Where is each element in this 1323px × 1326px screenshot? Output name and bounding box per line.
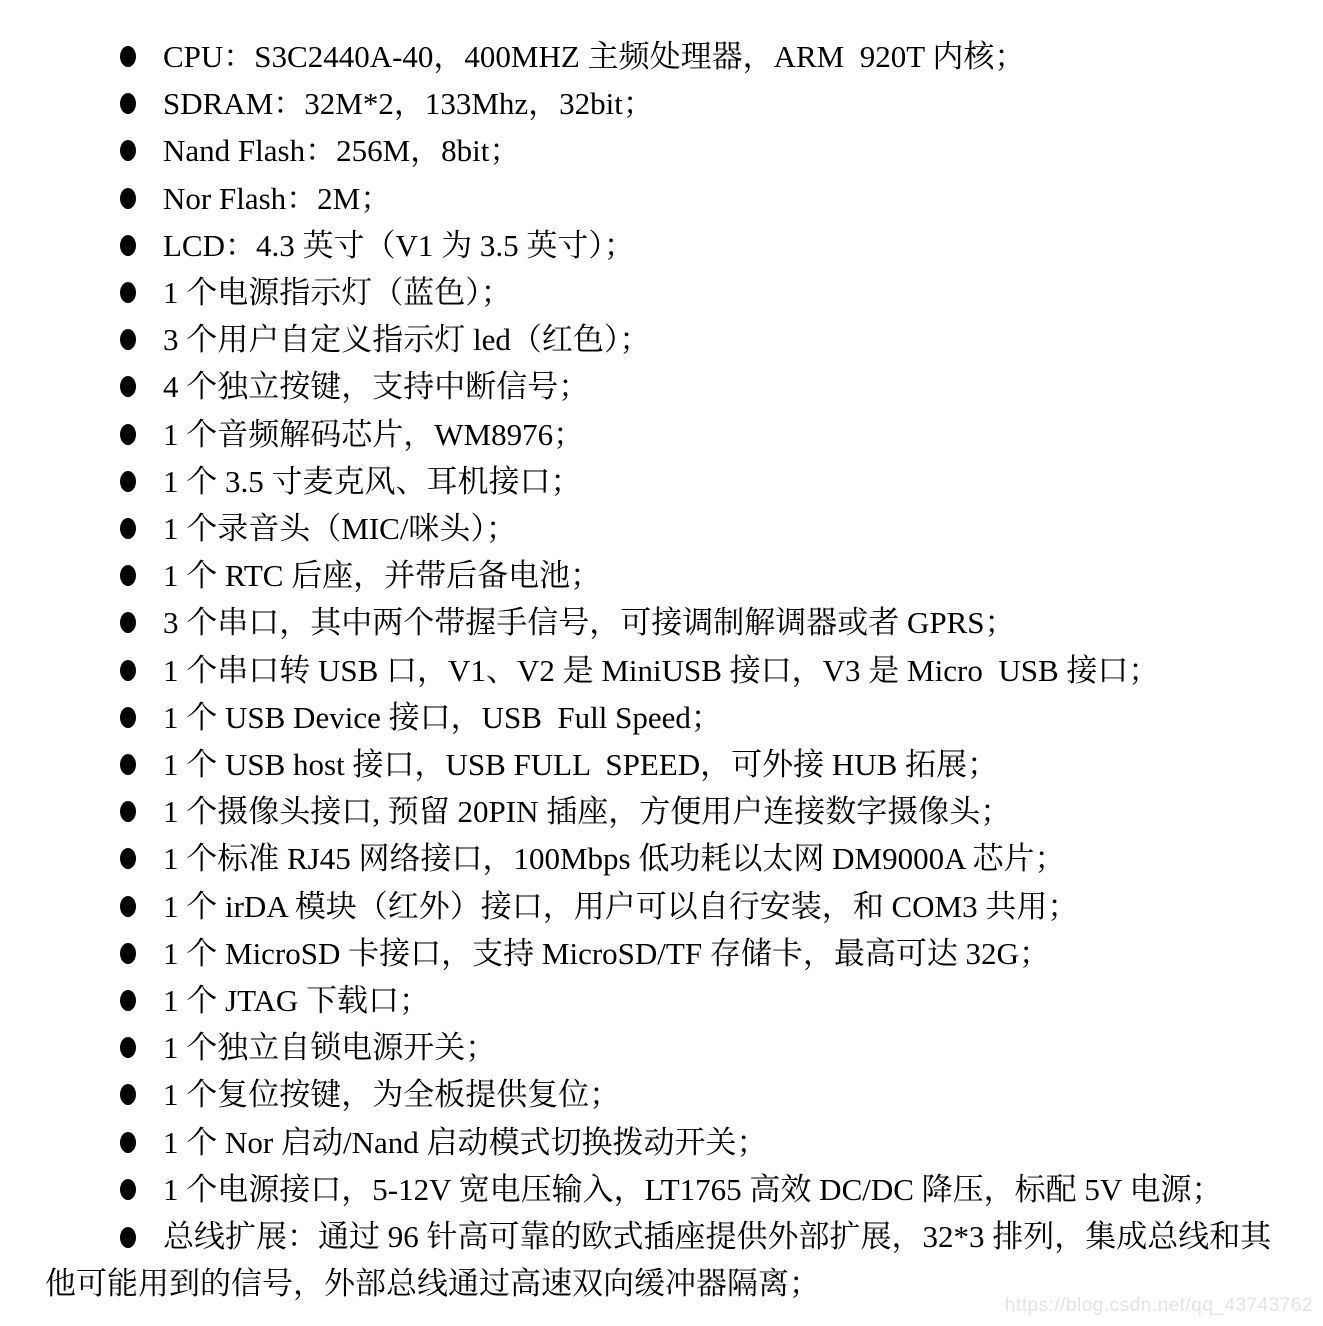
list-item: SDRAM：32M*2，133Mhz，32bit； [120,80,1281,127]
list-item-text: SDRAM：32M*2，133Mhz，32bit； [163,80,654,127]
list-item-text: Nand Flash：256M，8bit； [163,127,520,174]
bullet-icon [120,801,136,822]
list-item: 1 个 irDA 模块（红外）接口，用户可以自行安装，和 COM3 共用； [120,883,1281,930]
document-body: CPU：S3C2440A-40，400MHZ 主频处理器，ARM 920T 内核… [0,0,1323,1307]
bullet-icon [120,848,136,869]
list-item-text: 1 个 USB Device 接口，USB Full Speed； [163,694,722,741]
bullet-icon [120,235,136,256]
list-item: CPU：S3C2440A-40，400MHZ 主频处理器，ARM 920T 内核… [120,33,1281,80]
bullet-icon [120,1179,136,1200]
list-item: 1 个电源指示灯（蓝色）； [120,269,1281,316]
list-item: 1 个音频解码芯片，WM8976； [120,411,1281,458]
bullet-icon [120,1084,136,1105]
list-item-text: 1 个 USB host 接口，USB FULL SPEED，可外接 HUB 拓… [163,741,998,788]
watermark-url: https://blog.csdn.net/qq_43743762 [1005,1295,1313,1317]
list-item: 1 个 Nor 启动/Nand 启动模式切换拨动开关； [120,1119,1281,1166]
list-item: LCD：4.3 英寸（V1 为 3.5 英寸）； [120,222,1281,269]
list-item-text: CPU：S3C2440A-40，400MHZ 主频处理器，ARM 920T 内核… [163,33,1025,80]
list-item-text: 1 个标准 RJ45 网络接口，100Mbps 低功耗以太网 DM9000A 芯… [163,835,1066,882]
list-item-text: 总线扩展：通过 96 针高可靠的欧式插座提供外部扩展，32*3 排列，集成总线和… [45,1219,1271,1301]
list-item: 1 个摄像头接口, 预留 20PIN 插座，方便用户连接数字摄像头； [120,788,1281,835]
list-item: Nand Flash：256M，8bit； [120,127,1281,174]
list-item: 4 个独立按键，支持中断信号； [120,363,1281,410]
list-item-text: 1 个录音头（MIC/咪头）； [163,505,517,552]
bullet-icon [120,754,136,775]
bullet-icon [120,1227,136,1248]
bullet-icon [120,660,136,681]
list-item-text: 1 个 3.5 寸麦克风、耳机接口； [163,458,582,505]
bullet-icon [120,990,136,1011]
bullet-icon [120,376,136,397]
list-item-text: 1 个音频解码芯片，WM8976； [163,411,584,458]
list-item: 1 个 MicroSD 卡接口，支持 MicroSD/TF 存储卡，最高可达 3… [120,930,1281,977]
bullet-icon [120,612,136,633]
list-item: 1 个 JTAG 下载口； [120,977,1281,1024]
list-item-text: LCD：4.3 英寸（V1 为 3.5 英寸）； [163,222,635,269]
list-item: 1 个 USB host 接口，USB FULL SPEED，可外接 HUB 拓… [120,741,1281,788]
bullet-icon [120,282,136,303]
list-item: 3 个串口，其中两个带握手信号，可接调制解调器或者 GPRS； [120,599,1281,646]
bullet-icon [120,424,136,445]
bullet-icon [120,471,136,492]
list-item: 1 个串口转 USB 口，V1、V2 是 MiniUSB 接口，V3 是 Mic… [120,647,1281,694]
list-item-text: 1 个电源接口，5-12V 宽电压输入，LT1765 高效 DC/DC 降压，标… [163,1166,1223,1213]
bullet-icon [120,518,136,539]
list-item-text: 1 个 MicroSD 卡接口，支持 MicroSD/TF 存储卡，最高可达 3… [163,930,1050,977]
list-item: 1 个 3.5 寸麦克风、耳机接口； [120,458,1281,505]
list-item-text: 1 个 Nor 启动/Nand 启动模式切换拨动开关； [163,1119,767,1166]
bullet-icon [120,46,136,67]
list-item: 1 个电源接口，5-12V 宽电压输入，LT1765 高效 DC/DC 降压，标… [120,1166,1281,1213]
list-item-text: 1 个独立自锁电源开关； [163,1024,496,1071]
list-item-text: 1 个 RTC 后座，并带后备电池； [163,552,601,599]
bullet-icon [120,188,136,209]
list-item-text: 1 个电源指示灯（蓝色）； [163,269,512,316]
list-item: 1 个 USB Device 接口，USB Full Speed； [120,694,1281,741]
list-item: 1 个复位按键，为全板提供复位； [120,1071,1281,1118]
bullet-icon [120,1132,136,1153]
list-item-text: Nor Flash：2M； [163,175,391,222]
bullet-icon [120,565,136,586]
list-item-text: 1 个复位按键，为全板提供复位； [163,1071,620,1118]
bullet-icon [120,943,136,964]
list-item: 1 个独立自锁电源开关； [120,1024,1281,1071]
list-item: 总线扩展：通过 96 针高可靠的欧式插座提供外部扩展，32*3 排列，集成总线和… [45,1213,1281,1307]
list-item: 3 个用户自定义指示灯 led（红色）； [120,316,1281,363]
bullet-icon [120,140,136,161]
list-item-text: 3 个串口，其中两个带握手信号，可接调制解调器或者 GPRS； [163,599,1016,646]
list-item: 1 个录音头（MIC/咪头）； [120,505,1281,552]
list-item-text: 4 个独立按键，支持中断信号； [163,363,589,410]
bullet-icon [120,707,136,728]
list-item-text: 1 个 irDA 模块（红外）接口，用户可以自行安装，和 COM3 共用； [163,883,1078,930]
list-item: 1 个标准 RJ45 网络接口，100Mbps 低功耗以太网 DM9000A 芯… [120,835,1281,882]
list-item-text: 1 个摄像头接口, 预留 20PIN 插座，方便用户连接数字摄像头； [163,788,1011,835]
list-item-text: 1 个 JTAG 下载口； [163,977,430,1024]
list-item: 1 个 RTC 后座，并带后备电池； [120,552,1281,599]
list-item: Nor Flash：2M； [120,175,1281,222]
bullet-icon [120,329,136,350]
list-item-text: 3 个用户自定义指示灯 led（红色）； [163,316,650,363]
bullet-icon [120,1037,136,1058]
list-item-text: 1 个串口转 USB 口，V1、V2 是 MiniUSB 接口，V3 是 Mic… [163,647,1159,694]
bullet-icon [120,896,136,917]
bullet-icon [120,93,136,114]
